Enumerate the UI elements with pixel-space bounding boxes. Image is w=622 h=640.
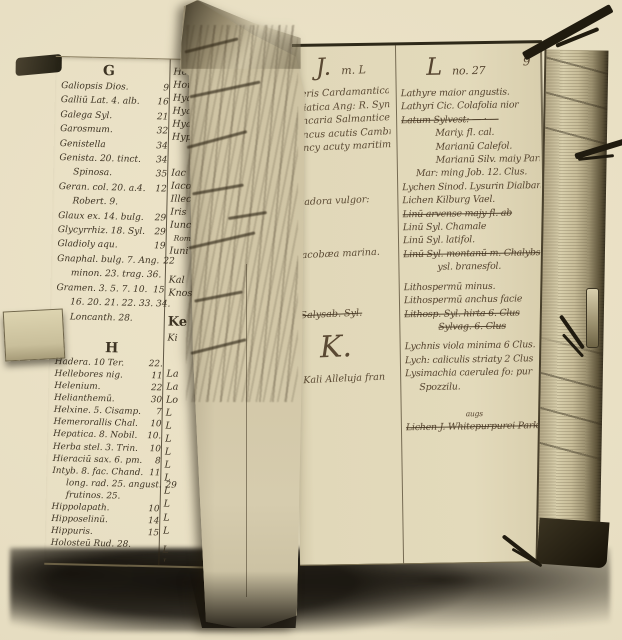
folded-manuscript-slip [176,0,306,628]
g-entries-list: Galiopsis Dios. 9 Galliū Lat. 4. alb. 16… [56,79,170,326]
index-entry: Loncanth. 28. [56,310,164,327]
entry-page-ref: 14 [148,515,159,527]
l-entries-list: Lathyre maior angustis. Lathyri Cic. Col… [401,85,544,435]
index-entry: Lychen Sinod. Lysurin Dialbany [402,179,540,195]
fold-crease [246,264,247,597]
entry-page-ref: 29 [155,211,167,226]
entry-name: Loncanth. 28. [56,310,133,326]
entry-page-ref: 15 [153,283,165,298]
h-entries-list: Hadera. 10 Ter. 22. Hellebores nig. 11 H… [51,356,163,552]
entry-page-ref: 10 [150,443,161,455]
right-page-column-2: 9 L no. 27 Lathyre maior angustis. Lathy… [400,51,546,557]
entry-page-ref: 19 [154,240,166,255]
entry-page-ref: 34 [156,139,168,154]
heading-annotation: no. 27 [452,64,486,78]
j-k-entries-list: Iberis Cardamantica Sciatica Ang: R. Syn… [291,84,402,387]
entry-page-ref: 15 [148,527,159,539]
heading-annotation: m. L [341,63,366,78]
entry-name: Gladioly aqu. [57,237,117,253]
right-page-column-1: J. m. L Iberis Cardamantica Sciatica Ang… [289,50,409,560]
entry-page-ref: 22 [151,382,162,394]
index-entry: K. [301,328,400,366]
entry-name: Genistella [60,137,106,152]
entry-page-ref: 21 [157,110,169,125]
entry-page-ref: 29 [154,225,166,240]
section-heading-h: H [64,338,160,358]
entry-page-ref: 35 [156,168,168,183]
entry-page-ref: 12 [155,182,167,197]
cover-corner [536,518,609,569]
heading-letter-j: J. [315,55,331,80]
parchment-clasp-tab [3,308,66,361]
book-photograph: G Galiopsis Dios. 9 Galliū Lat. 4. alb. … [0,0,622,640]
entry-name: Helenium. [54,380,100,393]
entry-page-ref: 34 [156,153,168,168]
entry-name: Galega Syl. [60,108,112,124]
index-entry: Isadora vulgor: [295,192,393,210]
handwriting-texture [186,25,298,402]
entry-page-ref: 10 [150,419,161,431]
index-entry: Kali Alleluja fran [303,370,401,388]
entry-page-ref: 10. [147,431,161,443]
entry-name: Galiopsis Dios. [61,79,129,95]
index-entry: Lichen J. Whitepurpurei Park [406,419,544,435]
index-entry: Sylvag. 6. Clus [404,319,542,335]
entry-page-ref: 32 [156,124,168,139]
entry-name: Spinosa. [59,165,112,181]
index-entry: Spozzilu. [405,379,543,395]
right-page: J. m. L Iberis Cardamantica Sciatica Ang… [292,40,550,566]
index-entry: Lathyri Cic. Colafolia nior [401,99,539,115]
index-entry: Lysimachia caerulea fo: pur [405,365,543,381]
slip-bottom-shadow [176,571,306,628]
entry-page-ref: 11 [151,370,162,382]
section-heading-l: L no. 27 [426,53,538,79]
entry-page-ref: 30 [151,394,162,406]
index-entry: ysl. branesfol. [403,259,541,275]
entry-name: Holosteū Rud. 28. [51,537,132,551]
left-page-column-1: G Galiopsis Dios. 9 Galliū Lat. 4. alb. … [50,61,169,561]
index-entry: Iacobæa marina. [298,245,396,263]
heading-letter-l: L [426,55,442,79]
index-entry: Holosteū Rud. 28. [51,537,159,552]
entry-page-ref: 10 [148,503,159,515]
entry-name: Robert. 9. [58,194,118,210]
index-entry: Salysab. Syl. [300,304,398,322]
entry-page-ref: 11 [149,467,160,479]
entry-page-ref: 16 [157,96,169,111]
index-entry: Lithospermū anchus facie [404,292,542,308]
index-entry: Iuncy acuty maritim: Ang [293,138,391,156]
section-heading-g: G [61,61,157,81]
index-entry: Linū Syl. montanū m. Chalybs [403,246,541,262]
metal-clasp [586,288,599,348]
entry-name: Hippuris. [51,525,93,538]
entry-page-ref: 22. [149,358,163,370]
entry-name: Garosmum. [60,122,113,138]
section-heading-j: J. m. L [315,52,388,79]
